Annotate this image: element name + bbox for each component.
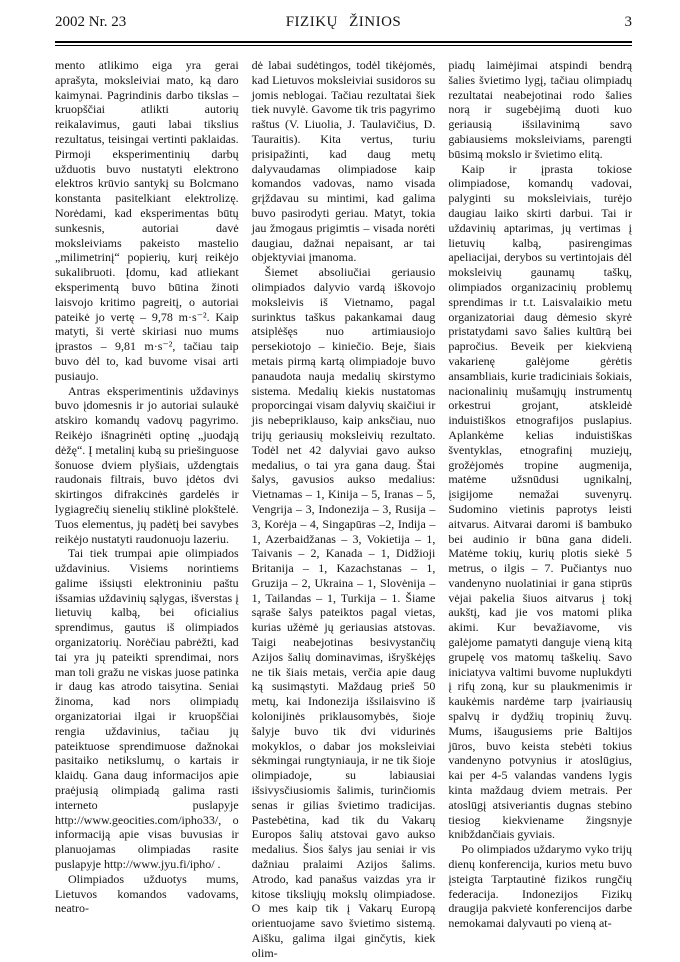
page-header: 2002 Nr. 23 FIZIKŲ ŽINIOS 3 bbox=[55, 14, 632, 41]
header-divider bbox=[55, 41, 632, 46]
paragraph: Šiemet absoliučiai geriausio olimpiados … bbox=[252, 265, 436, 960]
paragraph: Olimpiados užduotys mums, Lietuvos koman… bbox=[55, 872, 239, 916]
paragraph: Po olimpiados uždarymo vyko trijų dienų … bbox=[448, 842, 632, 931]
column-2: dė labai sudėtingos, todėl tikėjomės, ka… bbox=[252, 58, 436, 961]
journal-page: 2002 Nr. 23 FIZIKŲ ŽINIOS 3 mento atliki… bbox=[0, 0, 680, 962]
page-number: 3 bbox=[401, 14, 632, 31]
column-3: piadų laimėjimai atspindi bendrą šalies … bbox=[448, 58, 632, 961]
paragraph: mento atlikimo eiga yra gerai aprašyta, … bbox=[55, 58, 239, 384]
column-1: mento atlikimo eiga yra gerai aprašyta, … bbox=[55, 58, 239, 961]
paragraph: Antras eksperimentinis uždavinys buvo įd… bbox=[55, 384, 239, 547]
issue-number: 2002 Nr. 23 bbox=[55, 14, 286, 31]
paragraph: Tai tiek trumpai apie olimpiados uždavin… bbox=[55, 546, 239, 872]
paragraph: piadų laimėjimai atspindi bendrą šalies … bbox=[448, 58, 632, 162]
paragraph: dė labai sudėtingos, todėl tikėjomės, ka… bbox=[252, 58, 436, 265]
article-body: mento atlikimo eiga yra gerai aprašyta, … bbox=[55, 58, 632, 961]
journal-title: FIZIKŲ ŽINIOS bbox=[286, 14, 402, 31]
paragraph: Kaip ir įprasta tokiose olimpiadose, kom… bbox=[448, 162, 632, 843]
